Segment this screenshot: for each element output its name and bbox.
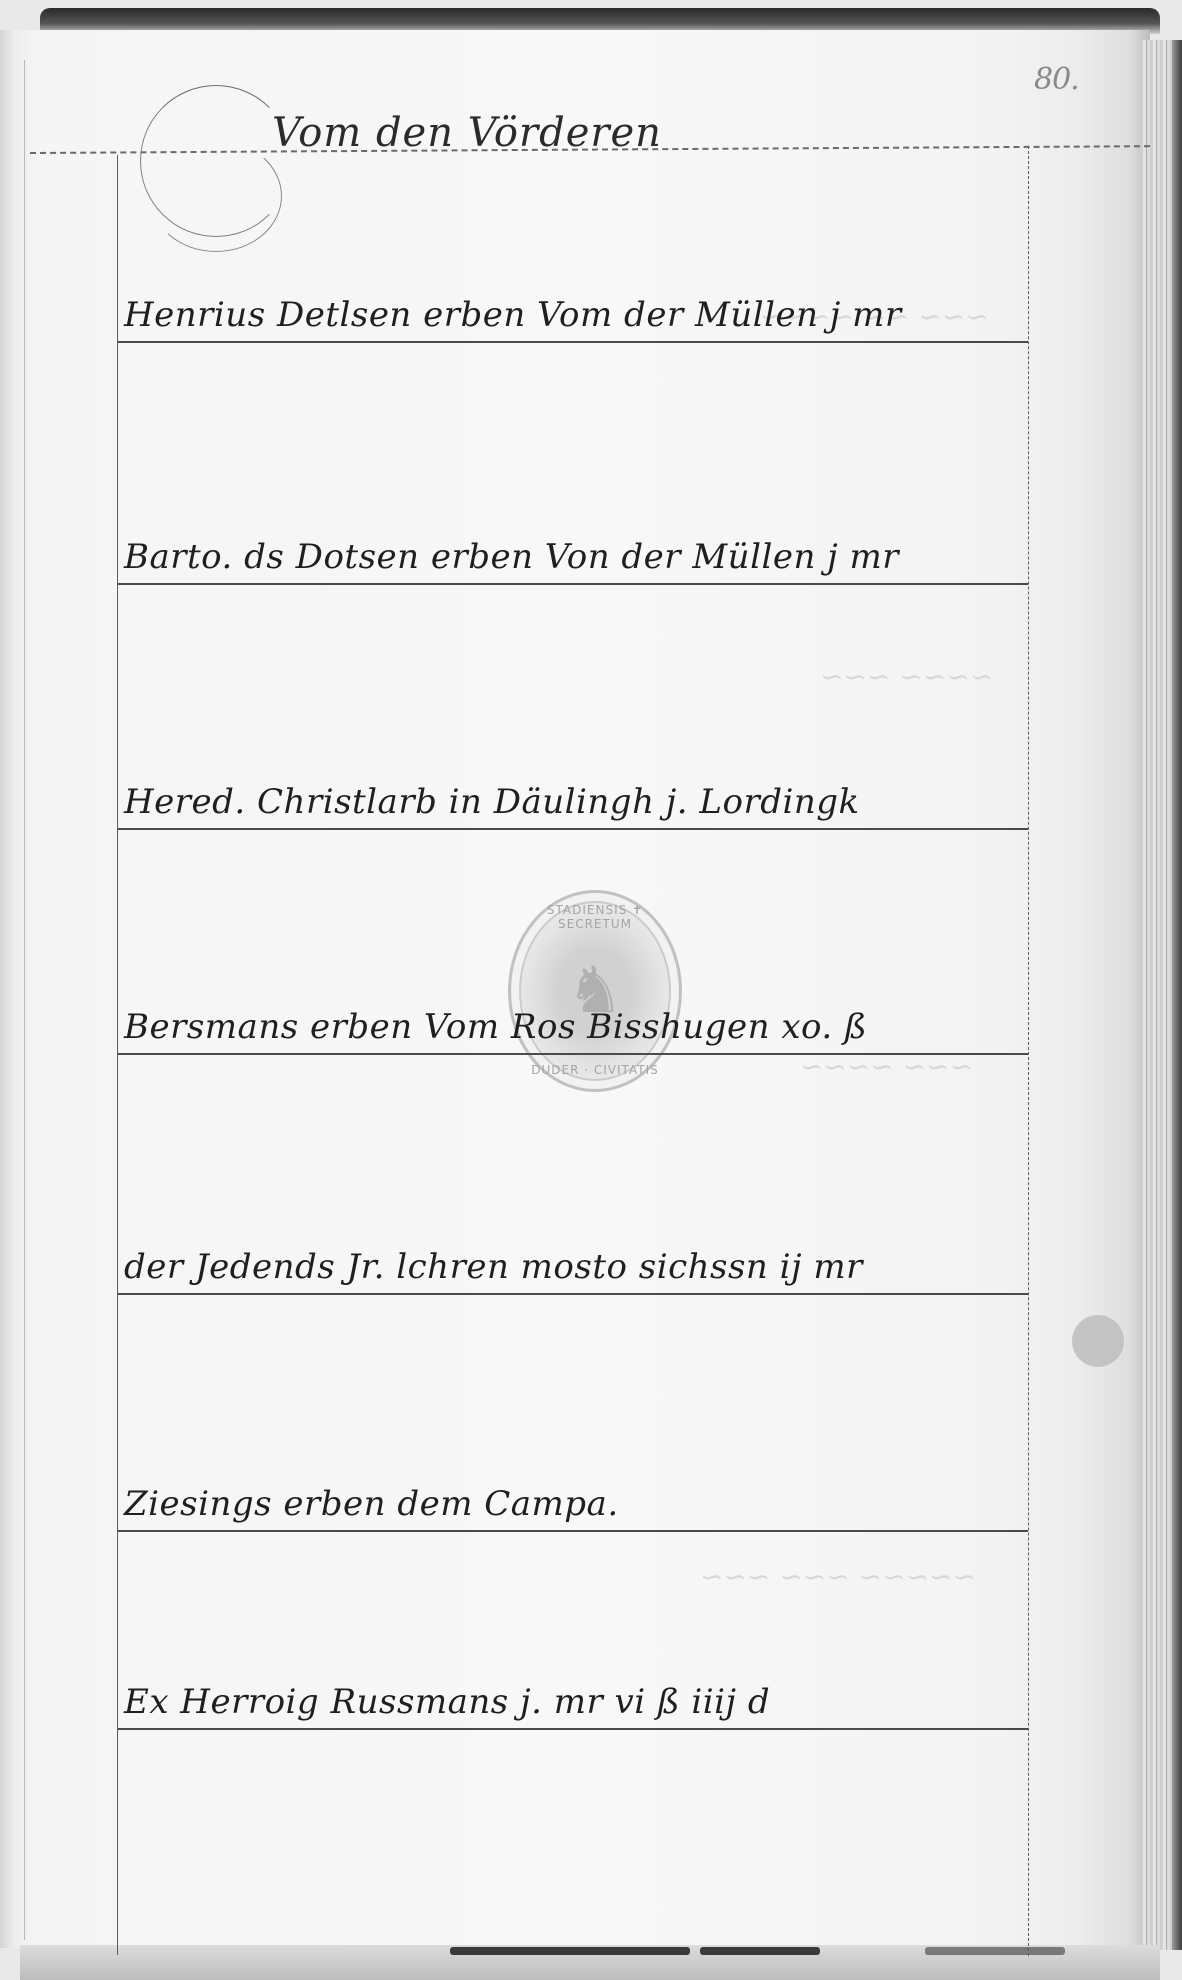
ink-stain (1072, 1315, 1124, 1367)
entry-text: Henrius Detlsen erben Vom der Müllen j m… (124, 295, 902, 335)
heading-flourish-loop (150, 140, 282, 252)
bottom-edge-shadow (450, 1947, 690, 1955)
ledger-entry: Hered. Christlarb in Däulingh j. Lording… (118, 730, 1028, 830)
ledger-entry: Ziesings erben dem Campa. (118, 1432, 1028, 1532)
entry-underline (118, 583, 1028, 585)
ledger-entry: der Jedends Jr. lchren mosto sichssn ij … (118, 1195, 1028, 1295)
ledger-entry: Ex Herroig Russmans j. mr vi ß iiij d (118, 1630, 1028, 1730)
entry-text: der Jedends Jr. lchren mosto sichssn ij … (124, 1247, 863, 1287)
entry-text: Hered. Christlarb in Däulingh j. Lording… (124, 782, 860, 822)
entry-text: Barto. ds Dotsen erben Von der Müllen j … (124, 537, 899, 577)
seal-inscription-top: STADIENSIS ✝ SECRETUM (511, 903, 679, 931)
entry-text: Ex Herroig Russmans j. mr vi ß iiij d (124, 1682, 770, 1722)
entry-underline (118, 1530, 1028, 1532)
ledger-entry: Henrius Detlsen erben Vom der Müllen j m… (118, 243, 1028, 343)
bleed-through-text: ~~~~~ ~~~ ~~~ (700, 1560, 976, 1593)
ledger-entry: Barto. ds Dotsen erben Von der Müllen j … (118, 485, 1028, 585)
seal-inscription-bottom: DUDER · CIVITATIS (511, 1063, 679, 1077)
entry-text: Bersmans erben Vom Ros Bisshugen xo. ß (124, 1007, 867, 1047)
entry-underline (118, 1053, 1028, 1055)
ledger-entry: Bersmans erben Vom Ros Bisshugen xo. ß (118, 955, 1028, 1055)
entry-text: Ziesings erben dem Campa. (124, 1484, 619, 1524)
right-column-rule (1028, 146, 1029, 1956)
book-fore-edges (1140, 40, 1182, 1950)
entry-underline (118, 828, 1028, 830)
bottom-edge-shadow (925, 1947, 1065, 1955)
page-margin-line (24, 60, 25, 1940)
entry-underline (118, 1728, 1028, 1730)
bleed-through-text: ~~~~ ~~~ (820, 660, 993, 693)
page-number: 80. (1034, 62, 1079, 97)
bottom-edge-shadow (700, 1947, 820, 1955)
entry-underline (118, 341, 1028, 343)
entry-underline (118, 1293, 1028, 1295)
